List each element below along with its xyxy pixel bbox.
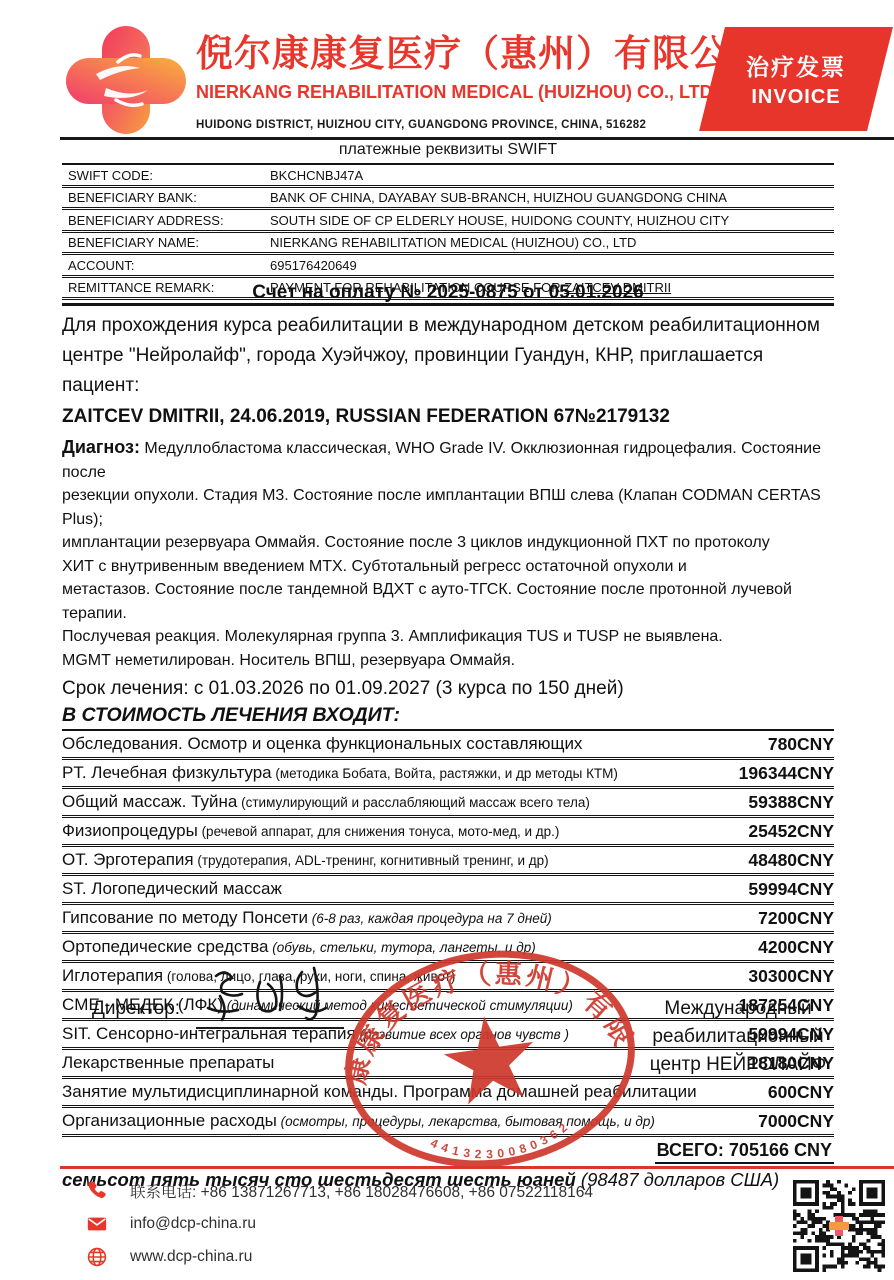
service-note: (трудотерапия, ADL-тренинг, когнитивный …: [194, 853, 549, 868]
service-note: (6-8 раз, каждая процедура на 7 дней): [308, 911, 552, 926]
swift-row-value: NIERKANG REHABILITATION MEDICAL (HUIZHOU…: [270, 235, 636, 250]
total-amount: ВСЕГО: 705166 CNY: [655, 1140, 834, 1164]
price-table-row: ST. Логопедический массаж 59994CNY: [62, 875, 834, 904]
service-price: 59994CNY: [714, 875, 834, 904]
service-name: Гипсование по методу Понсети: [62, 908, 308, 927]
service-name: Физиопроцедуры: [62, 821, 198, 840]
director-label: Директор:: [92, 998, 180, 1020]
company-name-english: NIERKANG REHABILITATION MEDICAL (HUIZHOU…: [196, 82, 706, 103]
stamp-star: [439, 1010, 540, 1107]
contact-email[interactable]: info@dcp-china.ru: [130, 1215, 256, 1233]
invoice-badge-chinese: 治疗发票: [746, 49, 846, 82]
envelope-icon: [86, 1213, 108, 1235]
service-price: 780CNY: [714, 730, 834, 759]
treatment-period: Срок лечения: с 01.03.2026 по 01.09.2027…: [62, 678, 834, 700]
swift-section-title: платежные реквизиты SWIFT: [62, 141, 834, 159]
price-table-row: PT. Лечебная физкультура (методика Бобат…: [62, 759, 834, 788]
service-name: ST. Логопедический массаж: [62, 879, 282, 898]
swift-row-value: BKCHCNBJ47A: [270, 168, 363, 183]
contact-phone-row: 联系电话: +86 13871267713, +86 18028476608, …: [86, 1180, 593, 1202]
service-name: Лекарственные препараты: [62, 1053, 274, 1072]
company-logo: [60, 24, 192, 136]
service-price: 30300CNY: [714, 962, 834, 991]
swift-row-value: BANK OF CHINA, DAYABAY SUB-BRANCH, HUIZH…: [270, 190, 727, 205]
price-table-row: Обследования. Осмотр и оценка функционал…: [62, 730, 834, 759]
service-note: (методика Бобата, Войта, растяжки, и др …: [272, 766, 618, 781]
diagnosis-label: Диагноз:: [62, 437, 140, 457]
globe-icon: [86, 1246, 108, 1268]
center-name-line2: центр НЕЙРОЛАЙФ: [588, 1051, 888, 1079]
swift-row-label: SWIFT CODE:: [62, 164, 264, 186]
phone-icon: [86, 1180, 108, 1202]
diagnosis-text: Медуллобластома классическая, WHO Grade …: [62, 440, 821, 669]
service-price: 7200CNY: [714, 904, 834, 933]
swift-row-label: BENEFICIARY NAME:: [62, 231, 264, 254]
contact-phones: 联系电话: +86 13871267713, +86 18028476608, …: [130, 1180, 593, 1202]
swift-row-label: BENEFICIARY BANK:: [62, 186, 264, 209]
qr-code: [793, 1180, 885, 1272]
service-name: Ортопедические средства: [62, 937, 269, 956]
swift-details-table: SWIFT CODE: BKCHCNBJ47A BENEFICIARY BANK…: [62, 163, 834, 300]
price-table-row: OT. Эрготерапия (трудотерапия, ADL-трени…: [62, 846, 834, 875]
contact-email-row: info@dcp-china.ru: [86, 1213, 593, 1235]
swift-row: BENEFICIARY BANK: BANK OF CHINA, DAYABAY…: [62, 186, 834, 209]
service-name: Организационные расходы: [62, 1111, 277, 1130]
contact-website-row: www.dcp-china.ru: [86, 1246, 593, 1268]
service-price: 600CNY: [714, 1078, 834, 1107]
center-name: Международный реабилитационный центр НЕЙ…: [588, 995, 888, 1079]
amount-usd: (98487 долларов США): [576, 1169, 779, 1190]
invoice-title: Счет на оплату № 2025-0875 от 05.01.2026: [62, 282, 834, 304]
company-address: HUIDONG DISTRICT, HUIZHOU CITY, GUANGDON…: [196, 119, 706, 131]
price-table-row: Общий массаж. Туйна (стимулирующий и рас…: [62, 788, 834, 817]
service-price: 59388CNY: [714, 788, 834, 817]
service-price: 196344CNY: [714, 759, 834, 788]
service-note: (стимулирующий и расслабляющий массаж вс…: [237, 795, 589, 810]
patient-line: ZAITCEV DMITRII, 24.06.2019, RUSSIAN FED…: [62, 406, 834, 428]
service-name: Иглотерапия: [62, 966, 163, 985]
service-name: OT. Эрготерапия: [62, 850, 194, 869]
service-price: 48480CNY: [714, 846, 834, 875]
cost-section-heading: В СТОИМОСТЬ ЛЕЧЕНИЯ ВХОДИТ:: [62, 704, 834, 727]
service-name: Общий массаж. Туйна: [62, 792, 237, 811]
contact-website[interactable]: www.dcp-china.ru: [130, 1248, 252, 1266]
price-table-row: Гипсование по методу Понсети (6-8 раз, к…: [62, 904, 834, 933]
swift-row: ACCOUNT: 695176420649: [62, 254, 834, 277]
swift-row: BENEFICIARY NAME: NIERKANG REHABILITATIO…: [62, 231, 834, 254]
invoice-badge-english: INVOICE: [751, 86, 840, 109]
swift-row-value: SOUTH SIDE OF CP ELDERLY HOUSE, HUIDONG …: [270, 213, 729, 228]
service-name: Обследования. Осмотр и оценка функционал…: [62, 734, 582, 753]
invoice-intro: Для прохождения курса реабилитации в меж…: [62, 311, 834, 401]
swift-row: SWIFT CODE: BKCHCNBJ47A: [62, 164, 834, 186]
swift-row-label: BENEFICIARY ADDRESS:: [62, 209, 264, 232]
company-name-chinese: 倪尔康康复医疗（惠州）有限公司: [196, 34, 706, 75]
swift-row-label: ACCOUNT:: [62, 254, 264, 277]
service-price: 25452CNY: [714, 817, 834, 846]
service-note: (речевой аппарат, для снижения тонуса, м…: [198, 824, 560, 839]
header-divider: [60, 137, 894, 140]
service-price: 4200CNY: [714, 933, 834, 962]
service-name: PT. Лечебная физкультура: [62, 763, 272, 782]
invoice-badge: 治疗发票 INVOICE: [699, 27, 893, 131]
swift-row: BENEFICIARY ADDRESS: SOUTH SIDE OF CP EL…: [62, 209, 834, 232]
price-table-row: Физиопроцедуры (речевой аппарат, для сни…: [62, 817, 834, 846]
invoice-document: 倪尔康康复医疗（惠州）有限公司 NIERKANG REHABILITATION …: [0, 0, 894, 1280]
footer-divider: [60, 1166, 894, 1169]
center-name-line1: Международный реабилитационный: [588, 995, 888, 1051]
diagnosis-paragraph: Диагноз: Медуллобластома классическая, W…: [62, 436, 834, 672]
swift-row-value: 695176420649: [270, 258, 357, 273]
service-price: 7000CNY: [714, 1107, 834, 1136]
